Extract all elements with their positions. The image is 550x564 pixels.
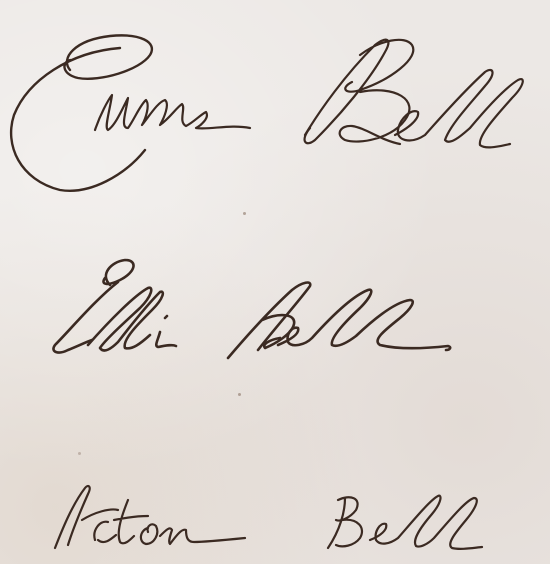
paper-sheet: Currer Bell Ellis Bell Acton Bell xyxy=(0,0,550,564)
signature-acton-bell-strokes xyxy=(0,0,550,564)
